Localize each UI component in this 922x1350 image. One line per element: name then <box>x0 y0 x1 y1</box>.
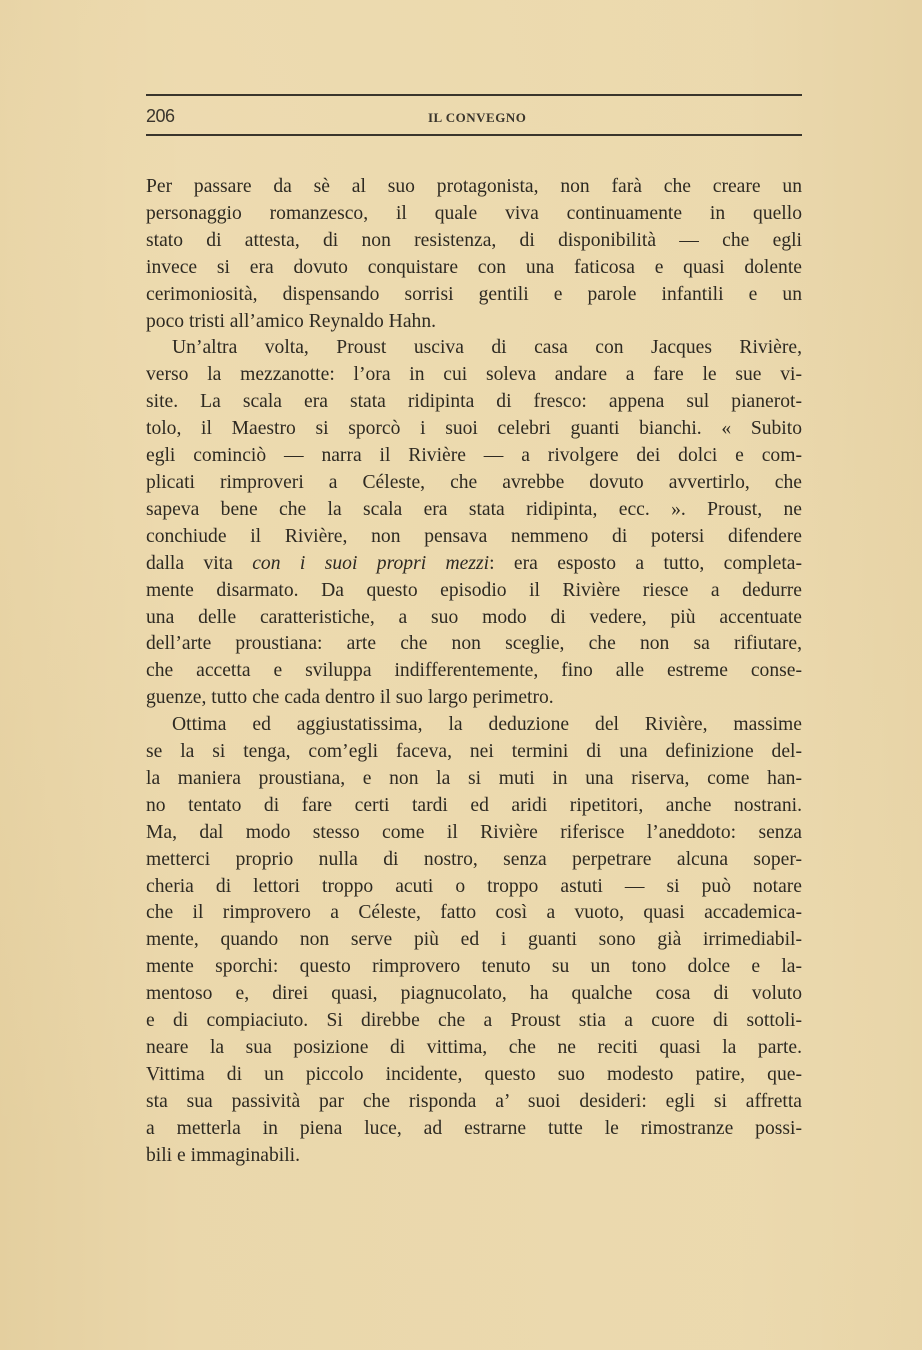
text-line: se la si tenga, com’egli faceva, nei ter… <box>146 739 802 766</box>
text-line: Ottima ed aggiustatissima, la deduzione … <box>146 712 802 739</box>
paragraph-3: Ottima ed aggiustatissima, la deduzione … <box>146 712 802 1169</box>
paragraph-2: Un’altra volta, Proust usciva di casa co… <box>146 335 802 712</box>
text-line: conchiude il Rivière, non pensava nemmen… <box>146 524 802 551</box>
text-line: che il rimprovero a Céleste, fatto così … <box>146 900 802 927</box>
text-line: invece si era dovuto conquistare con una… <box>146 255 802 282</box>
page-number: 206 <box>146 106 175 127</box>
text-line: una delle caratteristiche, a suo modo di… <box>146 605 802 632</box>
text-line: dell’arte proustiana: arte che non scegl… <box>146 631 802 658</box>
text-line: guenze, tutto che cada dentro il suo lar… <box>146 685 802 712</box>
text-line: a metterla in piena luce, ad estrarne tu… <box>146 1116 802 1143</box>
text-line: verso la mezzanotte: l’ora in cui soleva… <box>146 362 802 389</box>
text-line: plicati rimproveri a Céleste, che avrebb… <box>146 470 802 497</box>
text-segment: : era esposto a tutto, completa- <box>489 553 802 574</box>
text-segment: dalla vita <box>146 553 252 574</box>
text-line: la maniera proustiana, e non la si muti … <box>146 766 802 793</box>
header-bottom-rule <box>146 134 802 136</box>
text-line: Un’altra volta, Proust usciva di casa co… <box>146 335 802 362</box>
text-line: stato di attesta, di non resistenza, di … <box>146 228 802 255</box>
text-line: metterci proprio nulla di nostro, senza … <box>146 847 802 874</box>
text-line: che accetta e sviluppa indifferentemente… <box>146 658 802 685</box>
text-line: sta sua passività par che risponda a’ su… <box>146 1089 802 1116</box>
text-line: e di compiaciuto. Si direbbe che a Prous… <box>146 1008 802 1035</box>
text-line: sapeva bene che la scala era stata ridip… <box>146 497 802 524</box>
text-line: Ma, dal modo stesso come il Rivière rife… <box>146 820 802 847</box>
text-line: mentoso e, direi quasi, piagnucolato, ha… <box>146 981 802 1008</box>
text-line: bili e immaginabili. <box>146 1143 802 1170</box>
text-line: no tentato di fare certi tardi ed aridi … <box>146 793 802 820</box>
text-line: site. La scala era stata ridipinta di fr… <box>146 389 802 416</box>
text-line: Per passare da sè al suo protagonista, n… <box>146 174 802 201</box>
journal-title: IL CONVEGNO <box>428 110 526 126</box>
running-head: 206 IL CONVEGNO <box>146 96 802 134</box>
text-line: Vittima di un piccolo incidente, questo … <box>146 1062 802 1089</box>
book-page: 206 IL CONVEGNO Per passare da sè al suo… <box>146 94 802 1170</box>
text-line: mente sporchi: questo rimprovero tenuto … <box>146 954 802 981</box>
text-line: tolo, il Maestro si sporcò i suoi celebr… <box>146 416 802 443</box>
paragraph-1: Per passare da sè al suo protagonista, n… <box>146 174 802 335</box>
text-line: egli cominciò — narra il Rivière — a riv… <box>146 443 802 470</box>
body-text: Per passare da sè al suo protagonista, n… <box>146 174 802 1170</box>
italic-phrase: con i suoi propri mezzi <box>252 553 489 574</box>
text-line: neare la sua posizione di vittima, che n… <box>146 1035 802 1062</box>
text-line: mente disarmato. Da questo episodio il R… <box>146 578 802 605</box>
text-line: poco tristi all’amico Reynaldo Hahn. <box>146 309 802 336</box>
text-line: mente, quando non serve più ed i guanti … <box>146 927 802 954</box>
text-line: cheria di lettori troppo acuti o troppo … <box>146 874 802 901</box>
text-line: cerimoniosità, dispensando sorrisi genti… <box>146 282 802 309</box>
text-line-with-italic: dalla vita con i suoi propri mezzi: era … <box>146 551 802 578</box>
text-line: personaggio romanzesco, il quale viva co… <box>146 201 802 228</box>
